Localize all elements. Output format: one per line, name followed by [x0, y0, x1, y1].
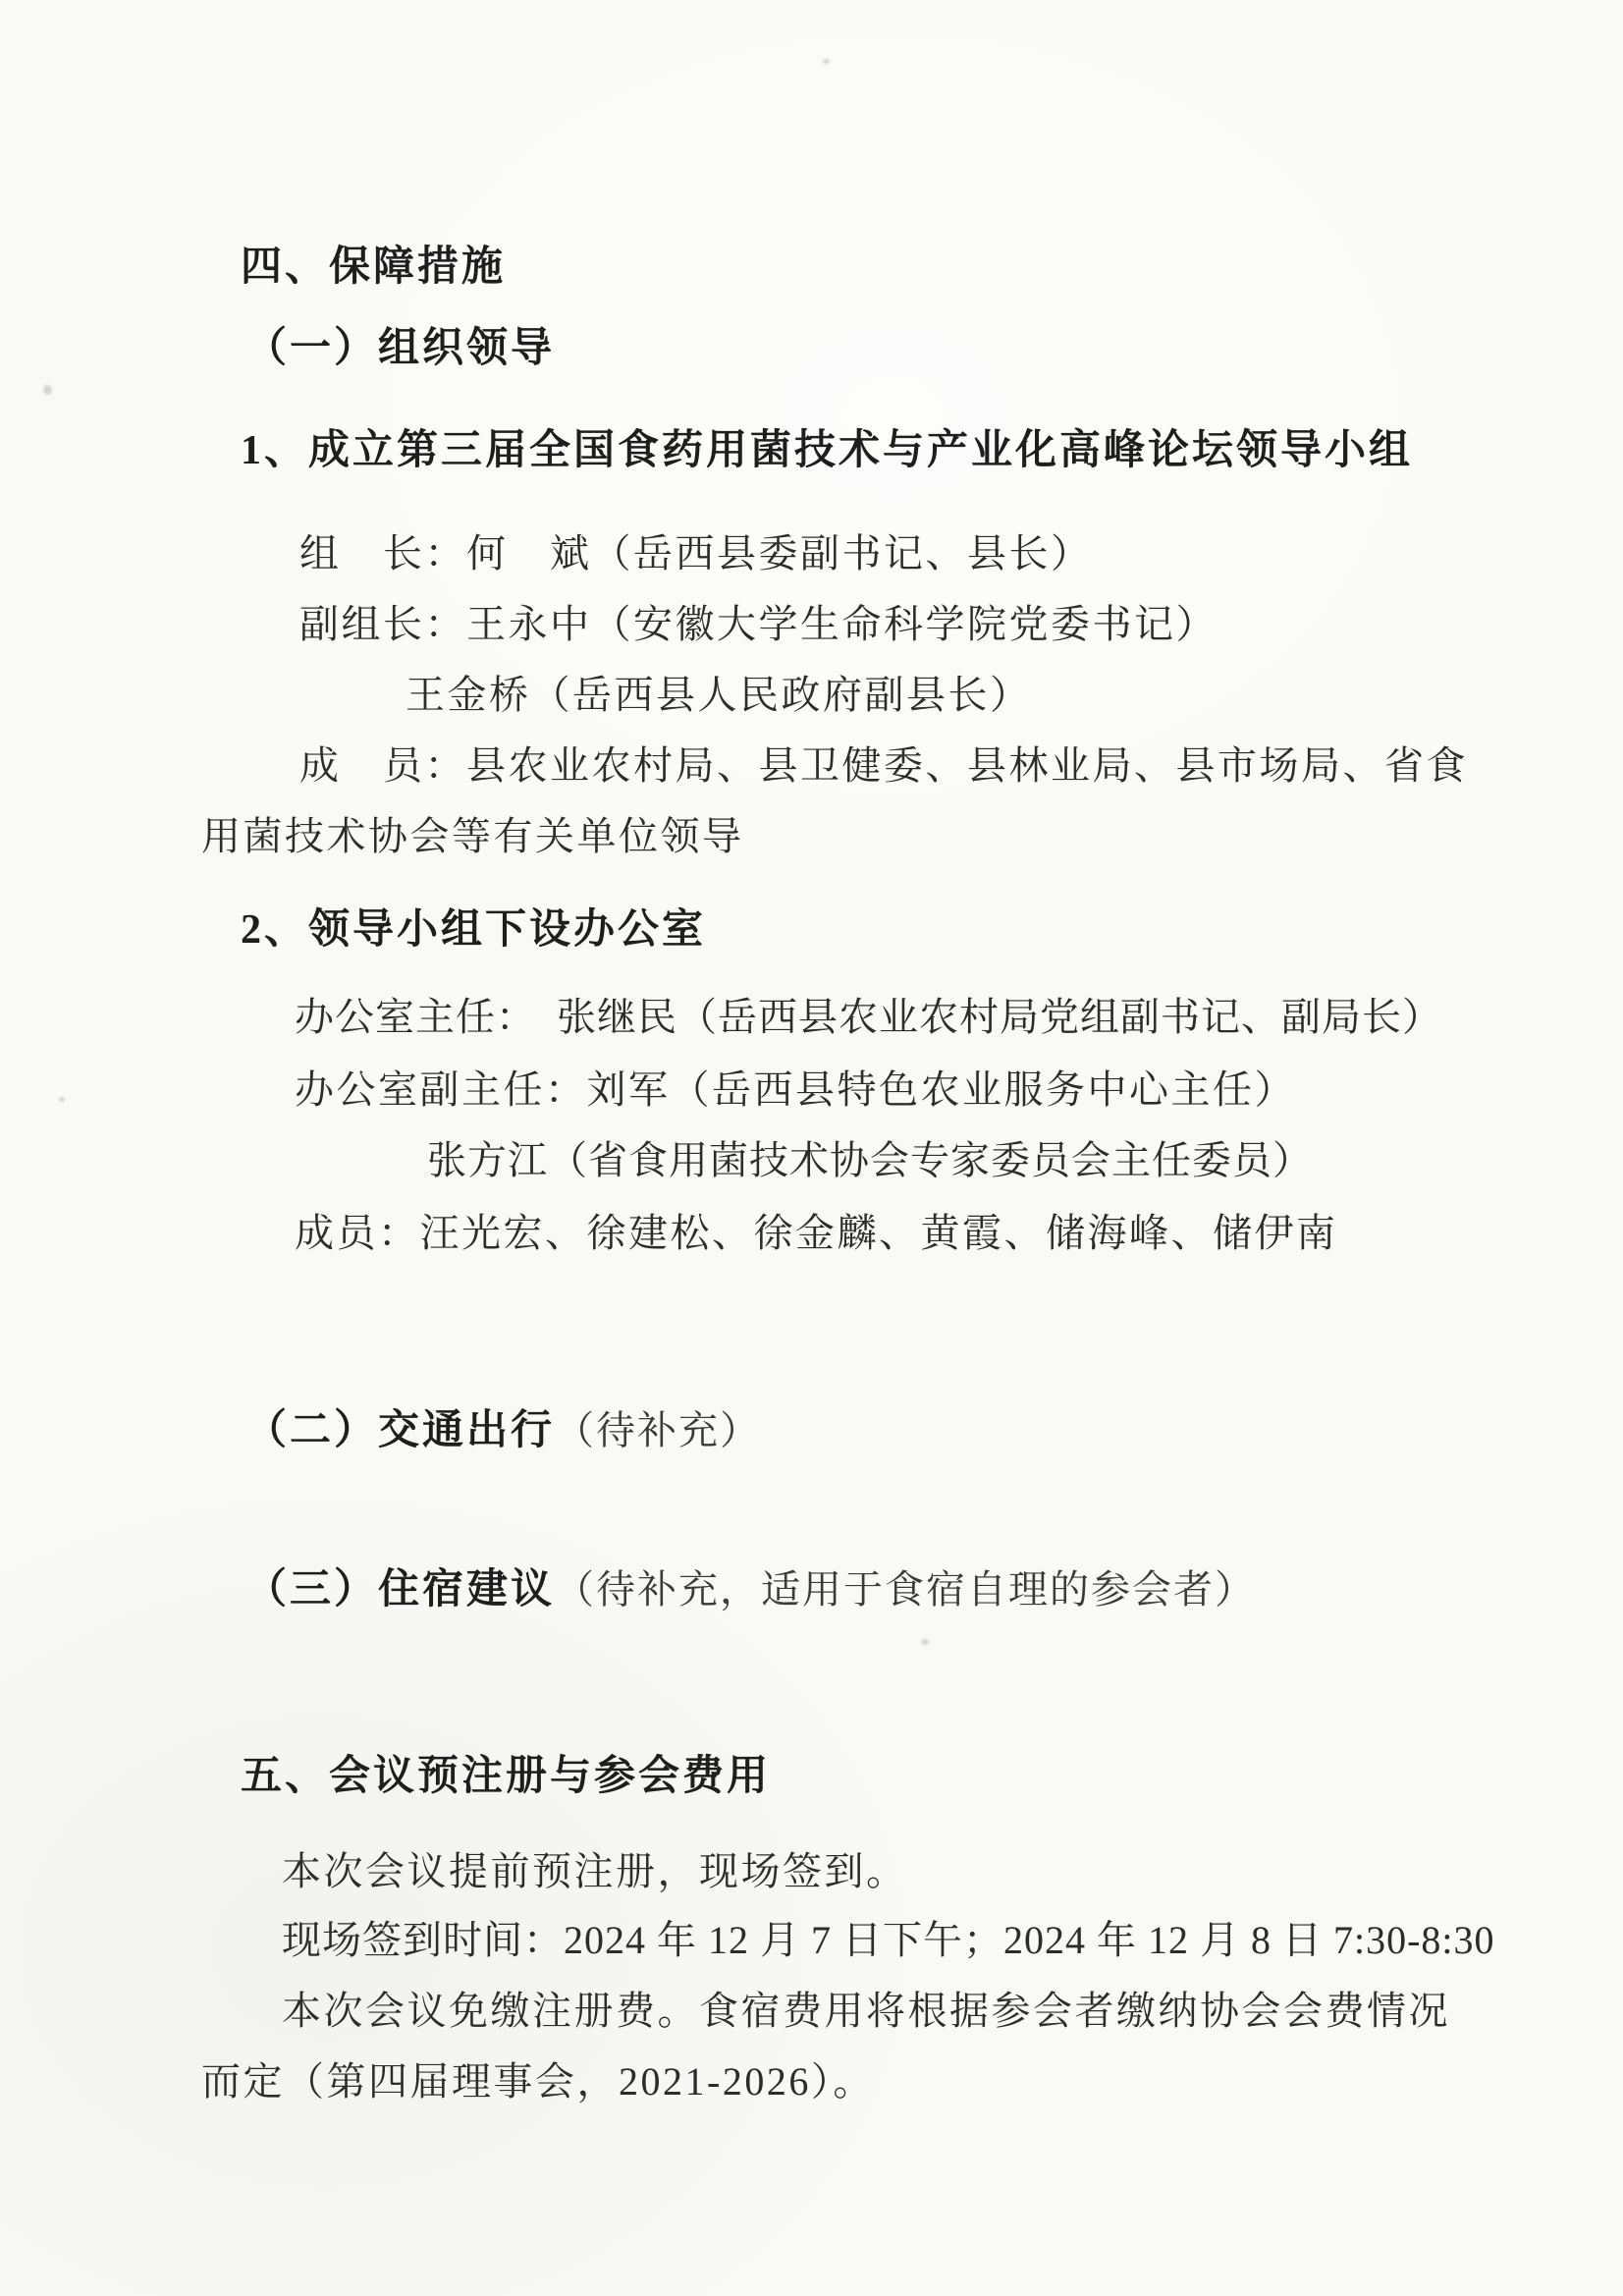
section4-sub2-heading: （二）交通出行 [245, 1408, 555, 1453]
scan-artifact [59, 1097, 65, 1102]
members-line-1: 成 员：县农业农村局、县卫健委、县林业局、县市场局、省食 [299, 742, 1468, 790]
item2-heading: 2、领导小组下设办公室 [241, 905, 706, 955]
section4-sub2-note: （待补充） [555, 1408, 761, 1452]
section4-sub1-heading: （一）组织领导 [245, 324, 555, 373]
office-director-line: 办公室主任： 张继民（岳西县农业农村局党组副书记、副局长） [295, 994, 1442, 1041]
section5-para3-line2: 而定（第四届理事会，2021-2026）。 [201, 2058, 875, 2105]
section4-sub3-note: （待补充，适用于食宿自理的参会者） [555, 1567, 1256, 1612]
office-members-line: 成员：汪光宏、徐建松、徐金麟、黄霞、储海峰、储伊南 [295, 1210, 1338, 1257]
members-line-2: 用菌技术协会等有关单位领导 [201, 813, 744, 860]
scan-artifact [921, 1639, 929, 1645]
office-deputy-line-1: 办公室副主任：刘军（岳西县特色农业服务中心主任） [295, 1066, 1296, 1114]
scan-artifact [823, 59, 830, 64]
scan-artifact [43, 385, 52, 395]
office-deputy-line-2: 张方江（省食用菌技术协会专家委员会主任委员） [427, 1137, 1313, 1184]
section5-para2: 现场签到时间：2024 年 12 月 7 日下午；2024 年 12 月 8 日… [282, 1917, 1495, 1964]
section4-sub2-heading-line: （二）交通出行（待补充） [245, 1406, 761, 1455]
section5-heading: 五、会议预注册与参会费用 [241, 1752, 771, 1801]
group-leader-line: 组 长：何 斌（岳西县委副书记、县长） [299, 530, 1093, 577]
deputy-leader-line-2: 王金桥（岳西县人民政府副县长） [406, 672, 1032, 719]
section4-heading: 四、保障措施 [241, 243, 506, 292]
deputy-leader-line-1: 副组长：王永中（安徽大学生命科学院党委书记） [299, 601, 1217, 648]
section5-para1: 本次会议提前预注册，现场签到。 [282, 1848, 908, 1895]
item1-heading: 1、成立第三届全国食药用菌技术与产业化高峰论坛领导小组 [241, 426, 1413, 475]
section4-sub3-heading-line: （三）住宿建议（待补充，适用于食宿自理的参会者） [245, 1565, 1256, 1614]
section4-sub3-heading: （三）住宿建议 [245, 1567, 555, 1613]
scanned-document-page: 四、保障措施 （一）组织领导 1、成立第三届全国食药用菌技术与产业化高峰论坛领导… [0, 0, 1623, 2296]
section5-para3-line1: 本次会议免缴注册费。食宿费用将根据参会者缴纳协会会费情况 [282, 1988, 1450, 2035]
